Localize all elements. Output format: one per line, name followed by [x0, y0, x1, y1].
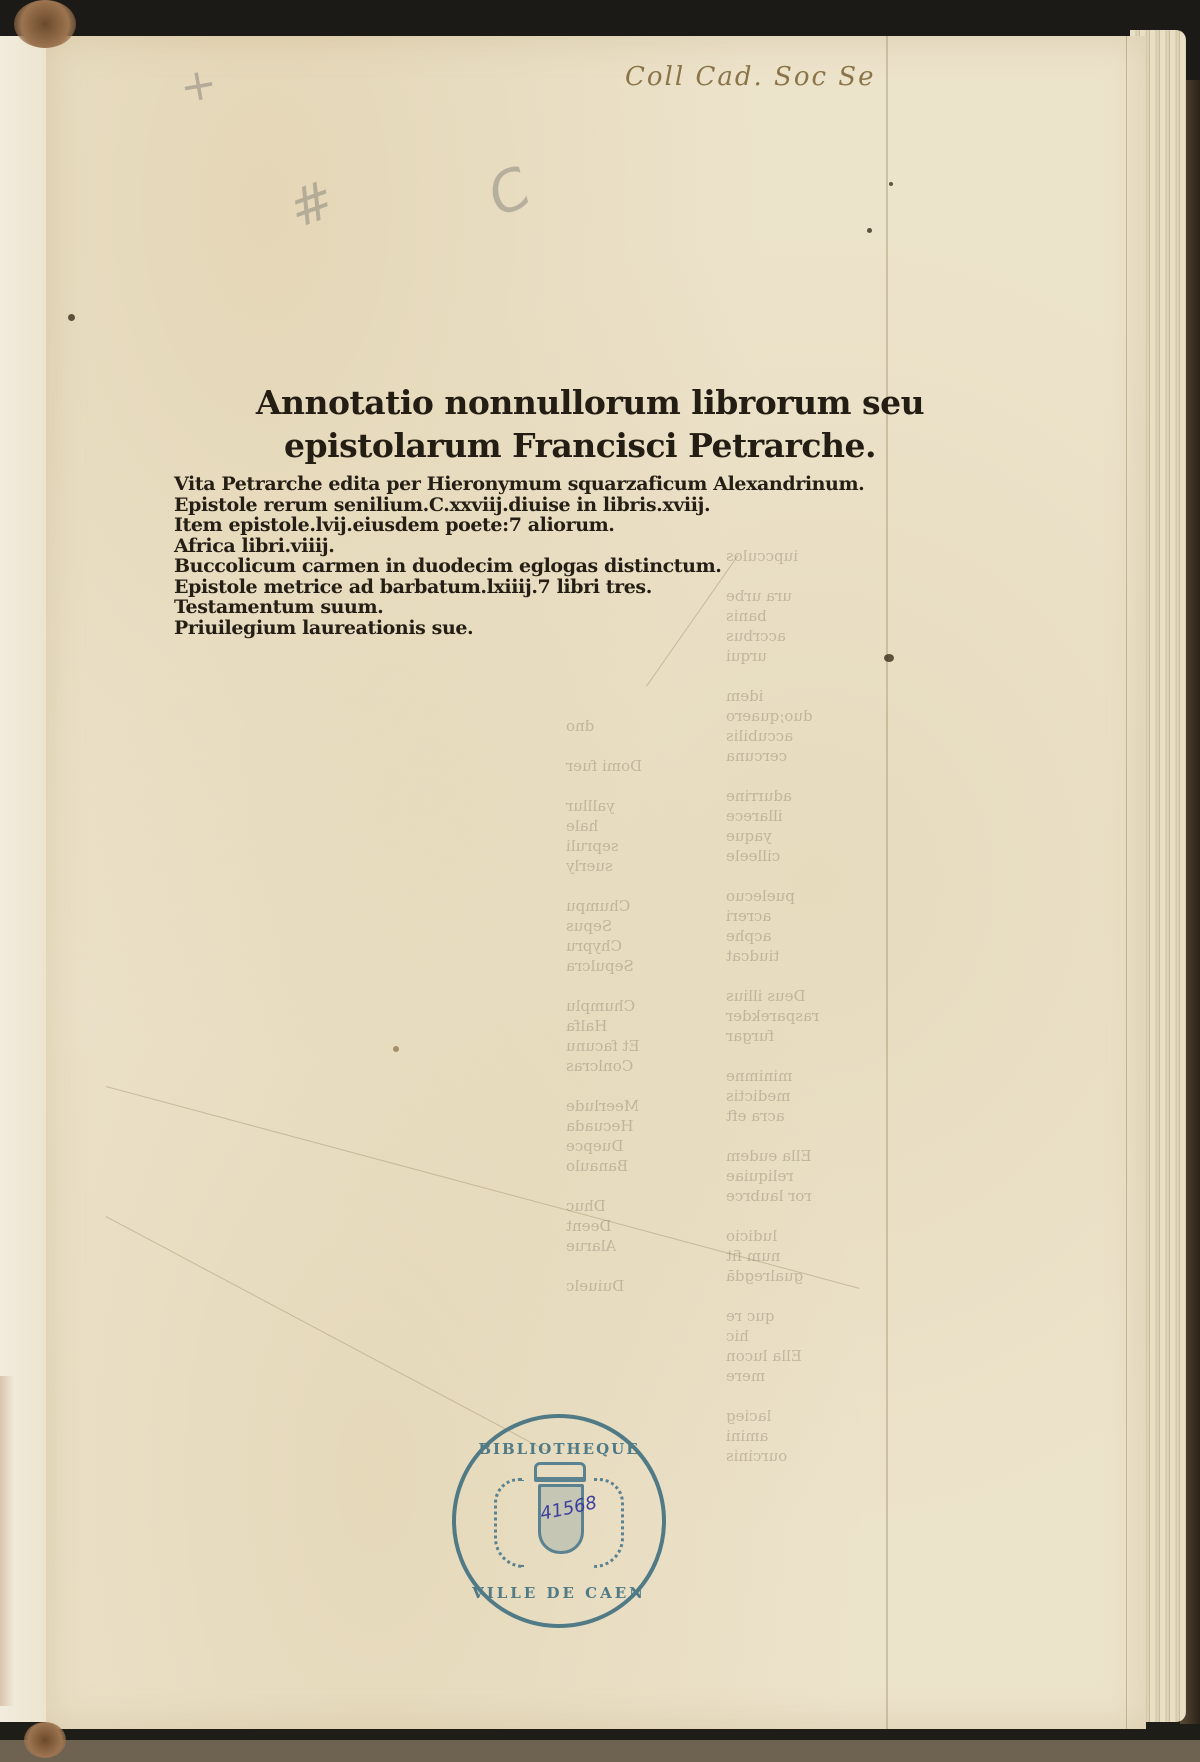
- provenance-inscription: Coll Cad. Soc Se: [625, 62, 876, 92]
- showthrough-text-column: dno Domi fuer yalllur hale sepruli suerl…: [566, 716, 642, 1296]
- ink-spot: [68, 314, 75, 321]
- stamp-bottom-text: VILLE DE CAEN: [456, 1584, 662, 1602]
- contents-item: Buccolicum carmen in duodecim eglogas di…: [174, 556, 864, 577]
- contents-item: Priuilegium laureationis sue.: [174, 618, 864, 639]
- crown-icon: [534, 1462, 586, 1482]
- flyleaf-stain: [0, 1376, 14, 1706]
- stamp-top-text: BIBLIOTHEQUE: [456, 1440, 662, 1458]
- binding-tuft: [24, 1722, 66, 1758]
- title-line-2: epistolarum Francisci Petrarche.: [0, 426, 1180, 465]
- contents-item: Africa libri.viiij.: [174, 536, 864, 557]
- ink-spot: [889, 182, 893, 186]
- contents-item: Epistole metrice ad barbatum.lxiiij.7 li…: [174, 577, 864, 598]
- contents-list: Vita Petrarche edita per Hieronymum squa…: [174, 474, 864, 638]
- library-stamp: BIBLIOTHEQUE 41568 VILLE DE CAEN: [452, 1414, 666, 1628]
- showthrough-text-column: iupcculos ura urbe banis accrbus urqui i…: [726, 546, 819, 1466]
- contents-item: Epistole rerum senilium.C.xxviij.diuise …: [174, 495, 864, 516]
- paper-crease: [106, 1216, 548, 1452]
- ink-spot: [867, 228, 872, 233]
- laurel-wreath-icon: [494, 1478, 524, 1568]
- ink-spot: [393, 1046, 399, 1052]
- page-fold-line: [886, 36, 888, 1729]
- contents-item: Testamentum suum.: [174, 597, 864, 618]
- flyleaf: [0, 36, 46, 1722]
- binding-tuft: [14, 0, 76, 48]
- contents-item: Item epistole.lvij.eiusdem poete:7 alior…: [174, 515, 864, 536]
- page-edge-line: [1126, 36, 1127, 1729]
- title-line-1: Annotatio nonnullorum librorum seu: [0, 383, 1190, 422]
- contents-item: Vita Petrarche edita per Hieronymum squa…: [174, 474, 864, 495]
- laurel-wreath-icon: [594, 1478, 624, 1568]
- ink-spot: [884, 654, 894, 662]
